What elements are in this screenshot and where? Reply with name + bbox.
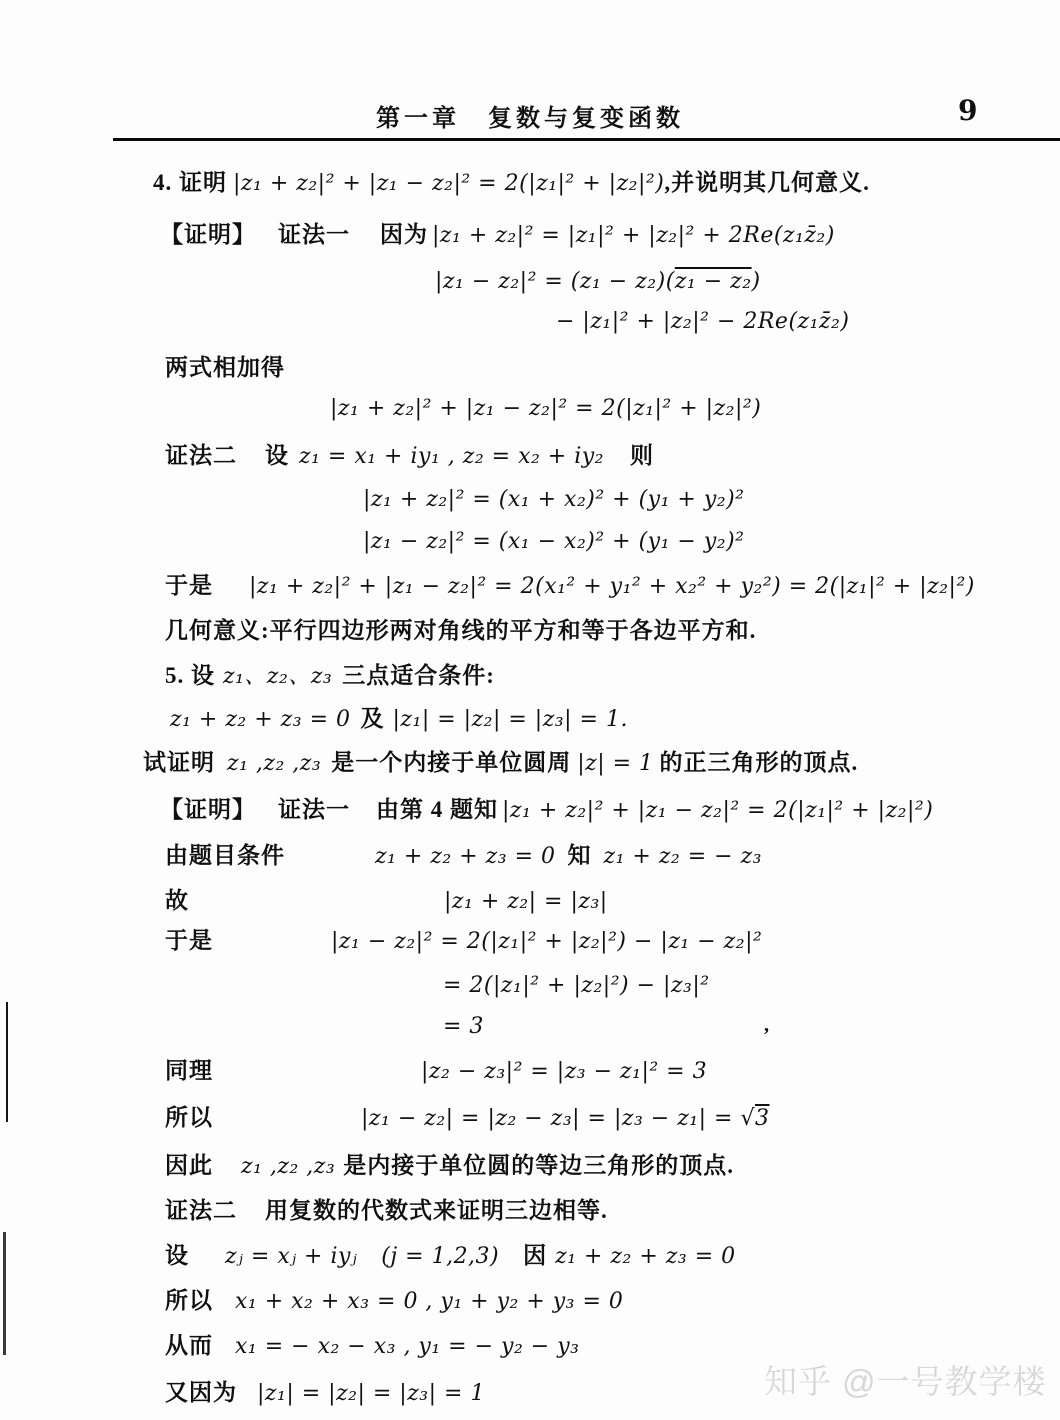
hence-label-2: 从而 (165, 1333, 213, 1358)
condition-line: 由题目条件z₁ + z₂ + z₃ = 0知z₁ + z₂ = − z₃ (165, 839, 762, 874)
proof-label-2: 【证明】 (160, 797, 256, 822)
so-label: 所以 (165, 1105, 213, 1130)
problem-5-label: 5. 设 (165, 663, 215, 688)
eq-z1z2-negz3: z₁ + z₂ = − z₃ (604, 844, 763, 869)
scan-artifact-comma: , (764, 1014, 769, 1037)
and-label: 及 (361, 706, 385, 731)
method2-intro: 证法二用复数的代数式来证明三边相等. (165, 1194, 608, 1228)
scan-artifact-line-1 (6, 1002, 8, 1122)
thus-label-2: 于是 (165, 928, 213, 953)
so-label-2: 所以 (165, 1288, 213, 1313)
because-label: 因为 (380, 222, 428, 247)
proof-label: 【证明】 (160, 222, 256, 247)
eq-parallelogram-identity: |z₁ + z₂|² + |z₁ − z₂|² = 2(|z₁|² + |z₂|… (330, 391, 761, 426)
know-label: 知 (568, 843, 592, 868)
adding-both-label: 两式相加得 (165, 351, 285, 385)
so-components-line: 所以x₁ + x₂ + x₃ = 0 , y₁ + y₂ + y₃ = 0 (165, 1284, 623, 1319)
thus-line: 于是|z₁ − z₂|² = 2(|z₁|² + |z₂|²) − |z₁ − … (165, 924, 762, 959)
method2-label-2: 证法二 (165, 1198, 237, 1223)
inscribed-text: 是一个内接于单位圆周 (331, 750, 571, 775)
therefore-identity: 于是|z₁ + z₂|² + |z₁ − z₂|² = 2(x₁² + y₁² … (165, 569, 975, 604)
eq-modulus-equality: |z₁ + z₂| = |z₃| (444, 889, 608, 914)
eq-sum-cartesian: |z₁ + z₂|² = (x₁ + x₂)² + (y₁ + y₂)² (363, 482, 744, 517)
eq-equals-3: = 3 (443, 1009, 484, 1044)
eq-diff-conjugate: |z₁ − z₂|² = (z₁ − z₂)(z₁ − z₂) (435, 264, 761, 299)
eq-component-sums: x₁ + x₂ + x₃ = 0 , y₁ + y₂ + y₃ = 0 (235, 1289, 623, 1314)
method1-label: 证法一 (278, 222, 350, 247)
so-line: 所以|z₁ − z₂| = |z₂ − z₃| = |z₃ − z₁| = √3 (165, 1101, 769, 1136)
hence-label: 故 (165, 888, 189, 913)
j-range: (j = 1,2,3) (381, 1244, 499, 1269)
then-label: 则 (630, 443, 654, 468)
eq-diff-overline: z₁ − z₂ (675, 269, 752, 294)
method1-label-2: 证法一 (278, 797, 350, 822)
problem-5-statement: 5. 设z₁、z₂、z₃三点适合条件: (165, 659, 495, 694)
eq-x1-y1: x₁ = − x₂ − x₃ , y₁ = − y₂ − y₃ (235, 1334, 579, 1359)
by-problem4-label: 由第 4 题知 (376, 797, 498, 822)
watermark: 知乎 @一号教学楼 (764, 1356, 1047, 1403)
problem-5-points: z₁、z₂、z₃ (223, 664, 332, 689)
scanned-textbook-page: 第一章 复数与复变函数 9 4. 证明|z₁ + z₂|² + |z₁ − z₂… (0, 0, 1060, 1420)
problem-4-statement: 4. 证明|z₁ + z₂|² + |z₁ − z₂|² = 2(|z₁|² +… (153, 166, 870, 201)
problem-5-conditions: z₁ + z₂ + z₃ = 0及|z₁| = |z₂| = |z₃| = 1. (170, 702, 628, 737)
problem-4-formula: |z₁ + z₂|² + |z₁ − z₂|² = 2(|z₁|² + |z₂|… (233, 171, 664, 196)
eq-sum-zero: z₁ + z₂ + z₃ = 0 (170, 707, 351, 732)
method2-label: 证法二 (165, 443, 237, 468)
method2-setup: 证法二设z₁ = x₁ + iy₁ , z₂ = x₂ + iy₂则 (165, 439, 654, 474)
proof4-method1-line: 【证明】证法一因为|z₁ + z₂|² = |z₁|² + |z₂|² + 2R… (160, 218, 835, 253)
hence-line: 故|z₁ + z₂| = |z₃| (165, 884, 608, 919)
eq-unit-circle: |z| = 1 (577, 751, 653, 776)
similarly-line: 同理|z₂ − z₃|² = |z₃ − z₁|² = 3 (165, 1054, 707, 1089)
eq-sum-square: |z₁ + z₂|² = |z₁|² + |z₂|² + 2Re(z₁z̄₂) (432, 223, 835, 248)
eq-zj-definition: zⱼ = xⱼ + iyⱼ (225, 1244, 357, 1269)
let-label: 设 (265, 443, 289, 468)
proof5-method1-line: 【证明】证法一由第 4 题知|z₁ + z₂|² + |z₁ − z₂|² = … (160, 793, 933, 828)
sqrt-radicand: 3 (755, 1106, 770, 1131)
let-label-2: 设 (165, 1243, 189, 1268)
eq-diff-post: ) (752, 269, 761, 294)
eq-sum-zero-2: z₁ + z₂ + z₃ = 0 (375, 844, 556, 869)
hence-components-line: 从而x₁ = − x₂ − x₃ , y₁ = − y₂ − y₃ (165, 1329, 579, 1364)
thus-label: 于是 (165, 573, 213, 598)
method2-setup-line: 设zⱼ = xⱼ + iyⱼ(j = 1,2,3)因z₁ + z₂ + z₃ =… (165, 1239, 736, 1274)
method2-description: 用复数的代数式来证明三边相等. (265, 1198, 608, 1223)
page-number: 9 (958, 94, 977, 127)
eq-z-definitions: z₁ = x₁ + iy₁ , z₂ = x₂ + iy₂ (299, 444, 604, 469)
conclusion-line: 因此z₁ ,z₂ ,z₃是内接于单位圆的等边三角形的顶点. (165, 1149, 734, 1184)
eq-step-2: = 2(|z₁|² + |z₂|²) − |z₃|² (443, 968, 710, 1003)
similarly-label: 同理 (165, 1058, 213, 1083)
eq-sides-sqrt3: |z₁ − z₂| = |z₂ − z₃| = |z₃ − z₁| = √ (361, 1106, 755, 1131)
geometric-meaning: 几何意义:平行四边形两对角线的平方和等于各边平方和. (165, 614, 756, 648)
eq-diff-expansion: − |z₁|² + |z₂|² − 2Re(z₁z̄₂) (556, 304, 849, 339)
by-condition-label: 由题目条件 (165, 843, 285, 868)
prove-label: 试证明 (143, 750, 215, 775)
eq-combined-identity: |z₁ + z₂|² + |z₁ − z₂|² = 2(x₁² + y₁² + … (249, 574, 975, 599)
problem-5-tail: 三点适合条件: (342, 663, 495, 688)
eq-identity-recall: |z₁ + z₂|² + |z₁ − z₂|² = 2(|z₁|² + |z₂|… (502, 798, 933, 823)
problem-4-tail: ,并说明其几何意义. (664, 170, 870, 195)
eq-diff-pre: |z₁ − z₂|² = (z₁ − z₂)( (435, 269, 675, 294)
eq-other-sides: |z₂ − z₃|² = |z₃ − z₁|² = 3 (421, 1059, 707, 1084)
therefore-label: 因此 (165, 1153, 213, 1178)
problem-4-label: 4. 证明 (153, 170, 227, 195)
since-label: 因 (523, 1243, 547, 1268)
also-because-line: 又因为|z₁| = |z₂| = |z₃| = 1 (165, 1376, 485, 1411)
points-list: z₁ ,z₂ ,z₃ (227, 751, 321, 776)
eq-sum-zero-3: z₁ + z₂ + z₃ = 0 (555, 1244, 736, 1269)
eq-unit-moduli-2: |z₁| = |z₂| = |z₃| = 1 (257, 1381, 485, 1406)
points-list-2: z₁ ,z₂ ,z₃ (241, 1154, 335, 1179)
eq-unit-moduli: |z₁| = |z₂| = |z₃| = 1. (393, 707, 628, 732)
triangle-vertices-text: 的正三角形的顶点. (660, 750, 859, 775)
also-because-label: 又因为 (165, 1380, 237, 1405)
eq-diff-squared: |z₁ − z₂|² = 2(|z₁|² + |z₂|²) − |z₁ − z₂… (331, 929, 762, 954)
header-rule (113, 138, 1060, 141)
eq-diff-cartesian: |z₁ − z₂|² = (x₁ − x₂)² + (y₁ − y₂)² (363, 524, 744, 559)
problem-5-goal: 试证明z₁ ,z₂ ,z₃是一个内接于单位圆周|z| = 1的正三角形的顶点. (143, 746, 858, 781)
scan-artifact-line-2 (3, 1232, 6, 1355)
conclusion-text: 是内接于单位圆的等边三角形的顶点. (343, 1153, 734, 1178)
chapter-title: 第一章 复数与复变函数 (0, 98, 1060, 133)
